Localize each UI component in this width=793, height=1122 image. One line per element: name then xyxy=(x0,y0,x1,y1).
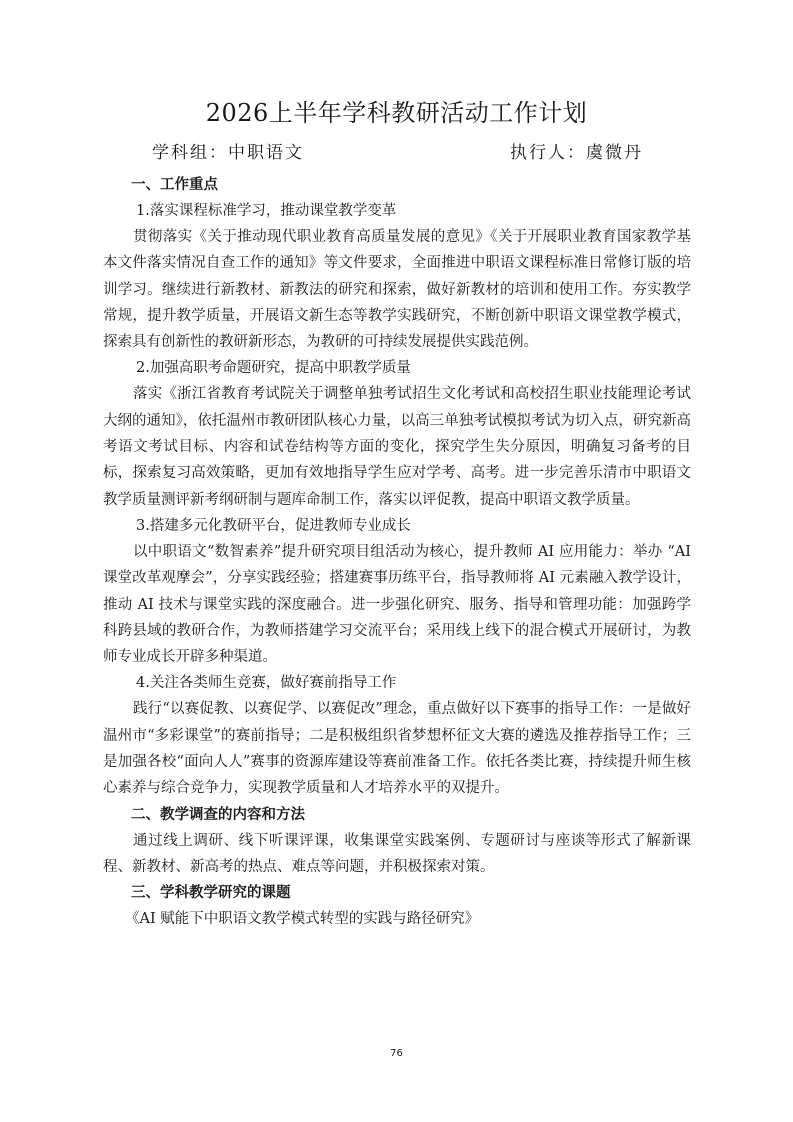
item-title-1: 1.落实课程标准学习，推动课堂教学变革 xyxy=(136,198,691,224)
item-body-2: 落实《浙江省教育考试院关于调整单独考试招生文化考试和高校招生职业技能理论考试大纲… xyxy=(103,381,691,512)
document-body: 一、工作重点 1.落实课程标准学习，推动课堂教学变革 贯彻落实《关于推动现代职业… xyxy=(103,172,691,932)
section-heading-survey: 二、教学调查的内容和方法 xyxy=(131,802,691,828)
page-number: 76 xyxy=(0,1048,793,1059)
section-heading-research-topic: 三、学科教学研究的课题 xyxy=(131,880,691,906)
survey-body: 通过线上调研、线下听课评课，收集课堂实践案例、专题研讨与座谈等形式了解新课程、新… xyxy=(103,828,691,881)
research-topic: 《AI 赋能下中职语文教学模式转型的实践与路径研究》 xyxy=(125,906,691,932)
item-body-4: 践行“以赛促教、以赛促学、以赛促改”理念，重点做好以下赛事的指导工作：一是做好温… xyxy=(103,696,691,801)
document-page: 2026上半年学科教研活动工作计划 学科组：中职语文 执行人：虞微丹 一、工作重… xyxy=(0,0,793,1122)
item-body-1: 贯彻落实《关于推动现代职业教育高质量发展的意见》《关于开展职业教育国家教学基本文… xyxy=(103,224,691,355)
document-title: 2026上半年学科教研活动工作计划 xyxy=(0,93,793,128)
executor: 执行人：虞微丹 xyxy=(510,138,643,163)
item-body-3: 以中职语文“数智素养”提升研究项目组活动为核心，提升教师 AI 应用能力：举办 … xyxy=(103,539,691,670)
item-title-3: 3.搭建多元化教研平台，促进教师专业成长 xyxy=(136,513,691,539)
subject-group: 学科组：中职语文 xyxy=(152,138,304,163)
item-title-2: 2.加强高职考命题研究，提高中职教学质量 xyxy=(136,355,691,381)
section-heading-work-focus: 一、工作重点 xyxy=(131,172,691,198)
item-title-4: 4.关注各类师生竞赛，做好赛前指导工作 xyxy=(136,670,691,696)
